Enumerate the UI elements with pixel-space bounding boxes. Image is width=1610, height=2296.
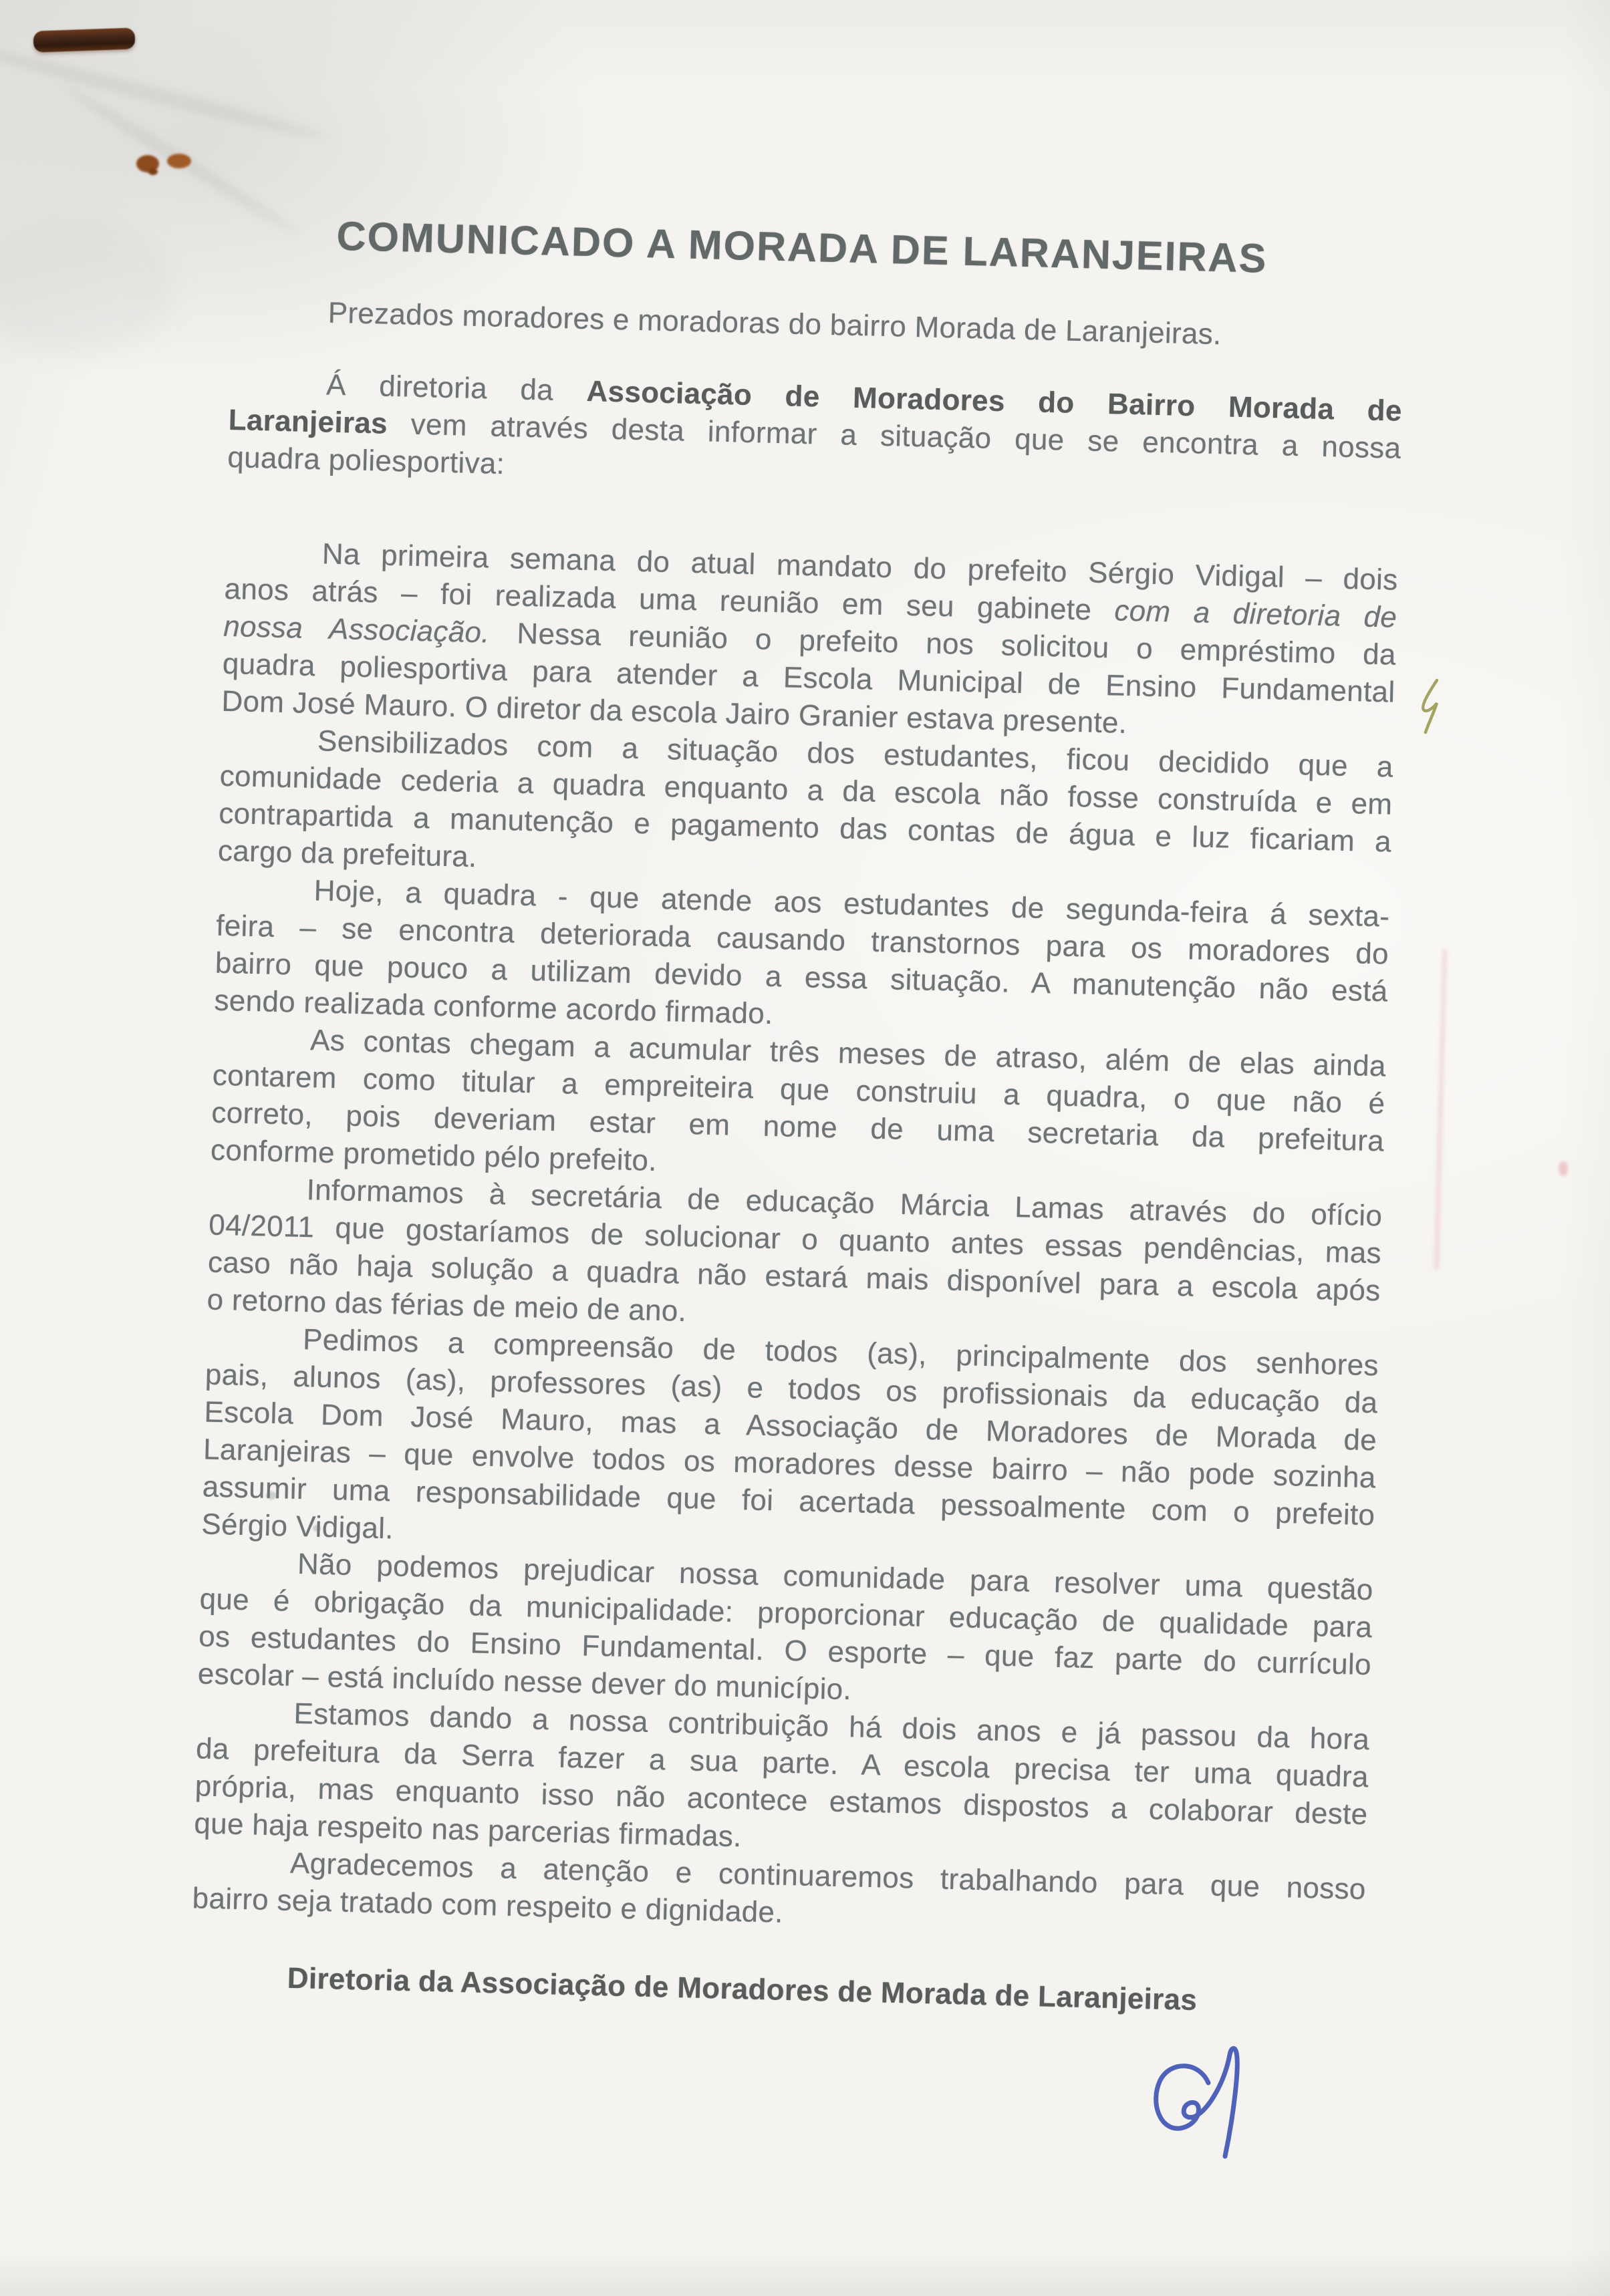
text-run: Á diretoria da xyxy=(326,368,587,408)
document-footer: Diretoria da Associação de Moradores de … xyxy=(190,1957,1363,2023)
text-line: Prezados moradores e moradoras do bairro… xyxy=(231,292,1404,358)
text-run: quadra poliesportiva: xyxy=(227,441,505,480)
paragraph: Sensibilizados com a situação dos estuda… xyxy=(217,720,1393,899)
paragraph: Na primeira semana do atual mandato do p… xyxy=(221,533,1398,749)
document-title: COMUNICADO A MORADA DE LARANJEIRAS xyxy=(336,212,1406,286)
scanned-document-page: COMUNICADO A MORADA DE LARANJEIRAS Preza… xyxy=(0,0,1610,2296)
scanner-streak xyxy=(1434,949,1448,1270)
paper-crease-shadow xyxy=(0,41,330,146)
ink-tick-mark xyxy=(1402,674,1456,740)
text-run: com a diretoria de xyxy=(1114,594,1397,633)
paragraph: Estamos dando a nossa contribuição há do… xyxy=(194,1693,1370,1871)
text-run: cargo da prefeitura. xyxy=(217,835,477,873)
rust-stain-dot xyxy=(148,168,158,175)
paragraph: Hoje, a quadra - que atende aos estudant… xyxy=(214,870,1390,1048)
handwritten-signature xyxy=(1123,2041,1277,2182)
paragraph: Á diretoria da Associação de Moradores d… xyxy=(227,364,1403,505)
text-run: nossa Associação. xyxy=(223,610,491,650)
document-body: Prezados moradores e moradoras do bairro… xyxy=(192,292,1404,1946)
text-run: Laranjeiras xyxy=(228,404,388,440)
paragraph: Informamos à secretária de educação Márc… xyxy=(207,1169,1383,1348)
ink-speck xyxy=(1559,1161,1568,1176)
letter-content: COMUNICADO A MORADA DE LARANJEIRAS Preza… xyxy=(189,197,1406,2053)
staple-rust-mark xyxy=(33,27,135,52)
paper-crease-shadow xyxy=(0,221,174,354)
text-run: Sérgio Vidigal. xyxy=(201,1508,394,1545)
paragraph: As contas chegam a acumular três meses d… xyxy=(210,1020,1386,1198)
paragraph: Pedimos a compreensão de todos (as), pri… xyxy=(201,1318,1379,1572)
paragraph: Não podemos prejudicar nossa comunidade … xyxy=(197,1543,1373,1721)
rust-stain-dot xyxy=(167,154,191,168)
text-run: Prezados moradores e moradoras do bairro… xyxy=(327,296,1222,351)
paragraph: Prezados moradores e moradoras do bairro… xyxy=(231,292,1404,358)
